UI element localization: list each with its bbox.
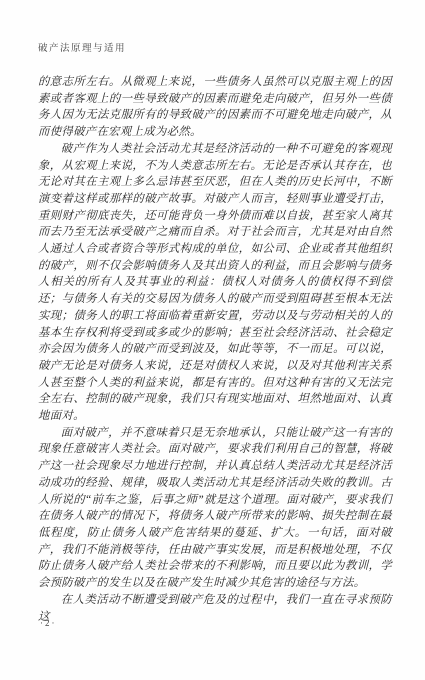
paragraph: 破产作为人类社会活动尤其是经济活动的一种不可避免的客观现象，从宏观上来说，不为人… xyxy=(38,141,392,425)
running-head-book-title: 破产法原理与适用 xyxy=(38,40,126,54)
page-number: ·2· xyxy=(40,618,57,628)
paragraph: 在人类活动不断遭受到破产危及的过程中，我们一直在寻求预防这 xyxy=(38,592,392,625)
paragraph-continuation: 的意志所左右。从微观上来说，一些债务人虽然可以克服主观上的因素或者客观上的一些导… xyxy=(38,74,392,141)
book-page: 破产法原理与适用 的意志所左右。从微观上来说，一些债务人虽然可以克服主观上的因素… xyxy=(0,0,425,680)
body-text-block: 的意志所左右。从微观上来说，一些债务人虽然可以克服主观上的因素或者客观上的一些导… xyxy=(38,74,392,625)
paragraph: 面对破产，并不意味着只是无奈地承认，只能让破产这一有害的现象任意破害人类社会。面… xyxy=(38,425,392,592)
